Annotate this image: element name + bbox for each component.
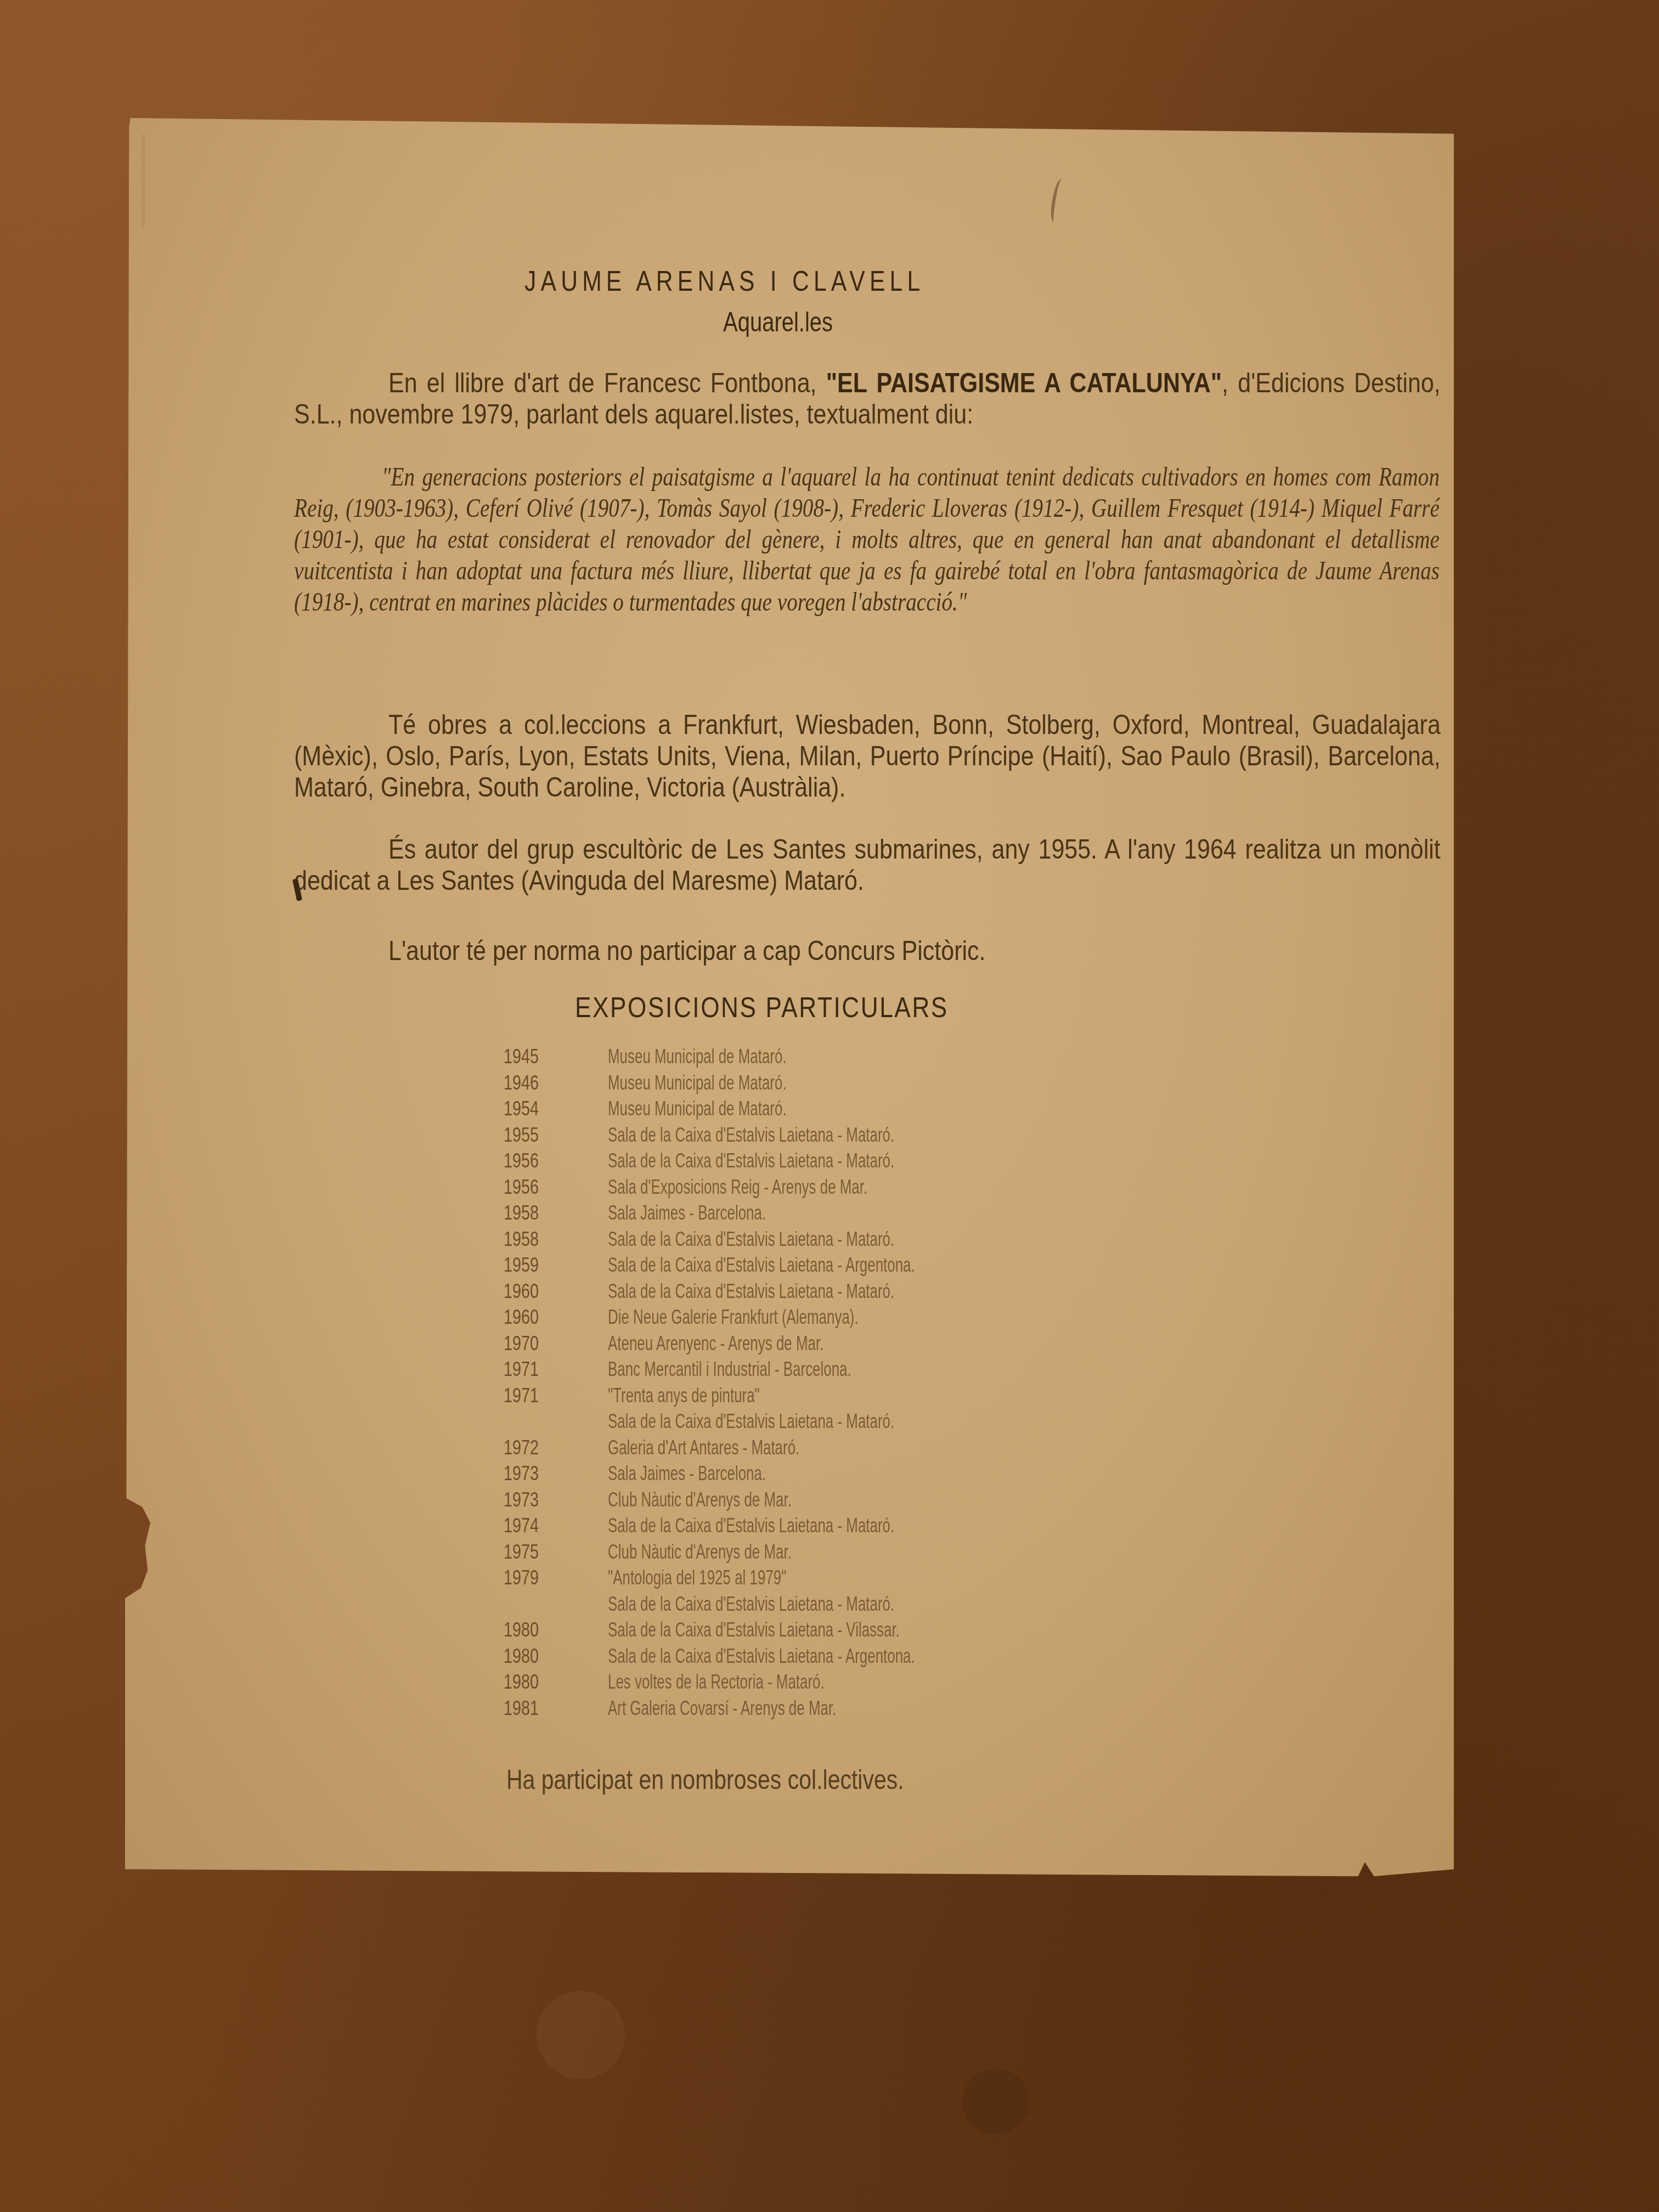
exhibition-item: Sala de la Caixa d'Estalvis Laietana - M… <box>504 1410 1327 1436</box>
closing-note: Ha participat en nombroses col.lectives. <box>506 1764 904 1796</box>
exhibition-venue: Museu Municipal de Mataró. <box>608 1071 787 1094</box>
exhibition-year: 1954 <box>504 1097 587 1120</box>
exhibition-year: 1956 <box>504 1149 587 1172</box>
exhibition-venue: Sala de la Caixa d'Estalvis Laietana - M… <box>608 1124 894 1147</box>
exhibition-item: 1954Museu Municipal de Mataró. <box>504 1097 1327 1124</box>
collections-text: Té obres a col.leccions a Frankfurt, Wie… <box>294 709 1441 803</box>
exhibition-item: 1956Sala d'Exposicions Reig - Arenys de … <box>504 1176 1327 1202</box>
exhibition-item: 1958Sala de la Caixa d'Estalvis Laietana… <box>504 1228 1327 1254</box>
exhibition-year: 1971 <box>504 1384 587 1407</box>
pencil-mark <box>1049 178 1066 223</box>
exhibition-item: 1945Museu Municipal de Mataró. <box>504 1045 1327 1071</box>
exhibition-year: 1955 <box>504 1124 587 1147</box>
exhibition-item: 1974Sala de la Caixa d'Estalvis Laietana… <box>504 1514 1327 1541</box>
exhibition-year: 1958 <box>504 1201 587 1224</box>
exhibition-venue: Sala de la Caixa d'Estalvis Laietana - M… <box>608 1410 894 1433</box>
document-sheet: JAUME ARENAS I CLAVELL Aquarel.les En el… <box>125 118 1454 1876</box>
sculpture-text: És autor del grup escultòric de Les Sant… <box>294 834 1441 896</box>
contests-text: L'autor té per norma no participar a cap… <box>388 935 986 966</box>
exhibition-item: 1975Club Nàutic d'Arenys de Mar. <box>504 1541 1327 1567</box>
exhibition-venue: Sala de la Caixa d'Estalvis Laietana - M… <box>608 1280 894 1303</box>
exhibition-venue: Museu Municipal de Mataró. <box>608 1045 787 1068</box>
exhibition-item: 1973Sala Jaimes - Barcelona. <box>504 1462 1327 1488</box>
paragraph-contests: L'autor té per norma no participar a cap… <box>294 935 1441 967</box>
exhibition-year: 1971 <box>504 1358 587 1381</box>
exhibition-year: 1958 <box>504 1228 587 1251</box>
exhibition-year: 1979 <box>504 1566 587 1589</box>
document-subtitle: Aquarel.les <box>723 306 833 338</box>
exhibition-venue: Sala de la Caixa d'Estalvis Laietana - M… <box>608 1149 894 1172</box>
exhibitions-heading: EXPOSICIONS PARTICULARS <box>575 991 949 1024</box>
exhibition-year: 1972 <box>504 1436 587 1459</box>
exhibition-year: 1945 <box>504 1045 587 1068</box>
exhibition-venue: Sala Jaimes - Barcelona. <box>608 1462 766 1485</box>
exhibition-year: 1956 <box>504 1176 587 1199</box>
book-title: "EL PAISATGISME A CATALUNYA" <box>826 368 1222 398</box>
exhibition-year: 1974 <box>504 1514 587 1537</box>
exhibition-item: 1980Les voltes de la Rectoria - Mataró. <box>504 1671 1327 1697</box>
exhibition-year: 1960 <box>504 1306 587 1329</box>
exhibition-venue: Sala d'Exposicions Reig - Arenys de Mar. <box>608 1176 867 1199</box>
paragraph-quote: "En generacions posteriors el paisatgism… <box>294 461 1440 617</box>
exhibition-venue: Club Nàutic d'Arenys de Mar. <box>608 1541 792 1564</box>
exhibition-item: 1960Sala de la Caixa d'Estalvis Laietana… <box>504 1280 1327 1306</box>
exhibition-venue: Sala Jaimes - Barcelona. <box>608 1201 766 1224</box>
exhibition-venue: Banc Mercantil i Industrial - Barcelona. <box>608 1358 851 1381</box>
exhibition-year: 1973 <box>504 1488 587 1511</box>
exhibition-item: 1981Art Galeria Covarsí - Arenys de Mar. <box>504 1697 1327 1723</box>
exhibition-year: 1975 <box>504 1541 587 1564</box>
exhibition-venue: Ateneu Arenyenc - Arenys de Mar. <box>608 1332 823 1355</box>
exhibition-item: Sala de la Caixa d'Estalvis Laietana - M… <box>504 1593 1327 1619</box>
exhibition-venue: Sala de la Caixa d'Estalvis Laietana - M… <box>608 1228 894 1251</box>
exhibition-item: 1956Sala de la Caixa d'Estalvis Laietana… <box>504 1149 1327 1176</box>
exhibition-item: 1980Sala de la Caixa d'Estalvis Laietana… <box>504 1618 1327 1645</box>
exhibition-item: 1946Museu Municipal de Mataró. <box>504 1071 1327 1098</box>
exhibition-venue: "Trenta anys de pintura" <box>608 1384 760 1407</box>
exhibition-item: 1955Sala de la Caixa d'Estalvis Laietana… <box>504 1124 1327 1150</box>
exhibition-venue: Museu Municipal de Mataró. <box>608 1097 787 1120</box>
exhibition-year: 1960 <box>504 1280 587 1303</box>
exhibition-item: 1972Galeria d'Art Antares - Mataró. <box>504 1436 1327 1463</box>
exhibition-item: 1973Club Nàutic d'Arenys de Mar. <box>504 1488 1327 1515</box>
exhibition-venue: Die Neue Galerie Frankfurt (Alemanya). <box>608 1306 859 1329</box>
exhibition-year: 1959 <box>504 1254 587 1277</box>
exhibition-venue: Galeria d'Art Antares - Mataró. <box>608 1436 799 1459</box>
exhibition-venue: Sala de la Caixa d'Estalvis Laietana - A… <box>608 1645 915 1668</box>
paragraph-sculpture: És autor del grup escultòric de Les Sant… <box>294 834 1441 896</box>
exhibition-venue: Sala de la Caixa d'Estalvis Laietana - M… <box>608 1593 894 1616</box>
exhibition-venue: Art Galeria Covarsí - Arenys de Mar. <box>608 1697 836 1720</box>
quote-text: "En generacions posteriors el paisatgism… <box>294 461 1440 617</box>
exhibition-venue: Sala de la Caixa d'Estalvis Laietana - M… <box>608 1514 894 1537</box>
exhibition-item: 1980Sala de la Caixa d'Estalvis Laietana… <box>504 1645 1327 1671</box>
exhibition-item: 1971Banc Mercantil i Industrial - Barcel… <box>504 1358 1327 1384</box>
exhibition-venue: Sala de la Caixa d'Estalvis Laietana - V… <box>608 1618 900 1641</box>
exhibition-item: 1971"Trenta anys de pintura" <box>504 1384 1327 1410</box>
exhibition-item: 1958Sala Jaimes - Barcelona. <box>504 1201 1327 1228</box>
document-title: JAUME ARENAS I CLAVELL <box>524 265 924 298</box>
exhibition-venue: Club Nàutic d'Arenys de Mar. <box>608 1488 792 1511</box>
exhibitions-list: 1945Museu Municipal de Mataró. 1946Museu… <box>504 1045 1327 1723</box>
exhibition-year: 1980 <box>504 1618 587 1641</box>
exhibition-venue: Les voltes de la Rectoria - Mataró. <box>608 1671 825 1694</box>
exhibition-year: 1980 <box>504 1671 587 1694</box>
exhibition-item: 1959Sala de la Caixa d'Estalvis Laietana… <box>504 1254 1327 1280</box>
exhibition-year: 1946 <box>504 1071 587 1094</box>
paragraph-intro: En el llibre d'art de Francesc Fontbona,… <box>294 368 1441 430</box>
exhibition-year: 1980 <box>504 1645 587 1668</box>
exhibition-item: 1960Die Neue Galerie Frankfurt (Alemanya… <box>504 1306 1327 1332</box>
exhibition-venue: "Antologia del 1925 al 1979" <box>608 1566 786 1589</box>
paper-crease <box>142 134 145 228</box>
exhibition-item: 1979"Antologia del 1925 al 1979" <box>504 1566 1327 1593</box>
exhibition-year: 1973 <box>504 1462 587 1485</box>
paragraph-collections: Té obres a col.leccions a Frankfurt, Wie… <box>294 709 1441 803</box>
exhibition-year: 1981 <box>504 1697 587 1720</box>
exhibition-year: 1970 <box>504 1332 587 1355</box>
intro-prefix: En el llibre d'art de Francesc Fontbona, <box>388 368 826 398</box>
exhibition-venue: Sala de la Caixa d'Estalvis Laietana - A… <box>608 1254 915 1277</box>
exhibition-item: 1970Ateneu Arenyenc - Arenys de Mar. <box>504 1332 1327 1358</box>
